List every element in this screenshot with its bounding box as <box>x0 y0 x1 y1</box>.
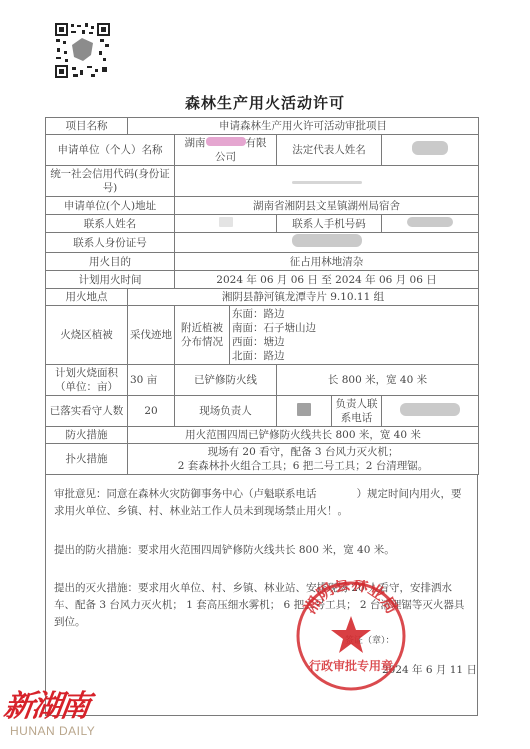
suppression-value: 现场有 20 看守，配备 3 台风力灭火机； 2 套森林扑火组合工具；6 把二号… <box>128 444 479 475</box>
redacted-name <box>412 141 448 155</box>
redacted-id <box>292 234 362 247</box>
legal-rep-label: 法定代表人姓名 <box>277 135 382 166</box>
location-label: 用火地点 <box>46 289 128 306</box>
lead-phone-value <box>382 396 479 427</box>
firebreak-label: 已铲修防火线 <box>175 365 277 396</box>
contact-phone-label: 联系人手机号码 <box>277 215 382 233</box>
svg-text:湘阴县林业局: 湘阴县林业局 <box>300 580 401 617</box>
redacted-code <box>292 181 362 184</box>
address-value: 湖南省湘阴县文星镇湖州局宿舍 <box>175 197 479 215</box>
seal-bottom-text: 行政审批专用章 <box>309 658 393 673</box>
contact-id-label: 联系人身份证号 <box>46 233 175 253</box>
credit-code-value <box>175 166 479 197</box>
approval-opinion: 审批意见：同意在森林火灾防御事务中心（卢魁联系电话 ）规定时间内用火，要求用火单… <box>45 475 478 716</box>
vegetation-type: 采伐迹地 <box>128 306 175 365</box>
redacted-lead <box>297 403 311 416</box>
location-value: 湘阴县静河镇龙潭寺片 9.10.11 组 <box>128 289 479 306</box>
nearby-north: 北面：路边 <box>232 349 476 363</box>
area-value: 30 亩 <box>128 365 175 396</box>
nearby-south: 南面：石子塘山边 <box>232 321 476 335</box>
onsite-lead-value <box>277 396 332 427</box>
nearby-label: 附近植被分布情况 <box>175 306 230 365</box>
purpose-label: 用火目的 <box>46 253 175 271</box>
contact-name-label: 联系人姓名 <box>46 215 175 233</box>
applicant-name-label: 申请单位（个人）名称 <box>46 135 175 166</box>
redacted-contact <box>219 217 233 227</box>
guards-value: 20 <box>128 396 175 427</box>
redacted-phone <box>407 217 453 227</box>
prevention-label: 防火措施 <box>46 427 128 444</box>
official-seal: 湘阴县林业局 行政审批专用章 <box>295 580 407 692</box>
nearby-east: 东面：路边 <box>232 307 476 321</box>
applicant-name-value: 湖南有限 公司 <box>175 135 277 166</box>
document-title: 森林生产用火活动许可 <box>0 92 530 113</box>
contact-phone-value <box>382 215 479 233</box>
approval-text: 审批意见：同意在森林火灾防御事务中心（卢魁联系电话 ）规定时间内用火，要求用火单… <box>54 486 469 520</box>
legal-rep-value <box>382 135 479 166</box>
permit-table: 项目名称 申请森林生产用火许可活动审批项目 申请单位（个人）名称 湖南有限 公司… <box>45 117 479 475</box>
qr-code <box>55 23 110 78</box>
credit-code-label: 统一社会信用代码(身份证号) <box>46 166 175 197</box>
project-name-label: 项目名称 <box>46 118 128 135</box>
purpose-value: 征占用林地清杂 <box>175 253 479 271</box>
vegetation-label: 火烧区植被 <box>46 306 128 365</box>
planned-time-value: 2024 年 06 月 06 日 至 2024 年 06 月 06 日 <box>175 271 479 289</box>
nearby-value: 东面：路边 南面：石子塘山边 西面：塘边 北面：路边 <box>230 306 479 365</box>
lead-phone-label: 负责人联系电话 <box>332 396 382 427</box>
firebreak-value: 长 800 米，宽 40 米 <box>277 365 479 396</box>
guards-label: 已落实看守人数 <box>46 396 128 427</box>
nearby-west: 西面：塘边 <box>232 335 476 349</box>
onsite-lead-label: 现场负责人 <box>175 396 277 427</box>
redacted-lead-phone <box>400 403 460 416</box>
area-label: 计划火烧面积（单位：亩） <box>46 365 128 396</box>
planned-time-label: 计划用火时间 <box>46 271 175 289</box>
contact-name-value <box>175 215 277 233</box>
project-name-value: 申请森林生产用火许可活动审批项目 <box>128 118 479 135</box>
contact-id-value <box>175 233 479 253</box>
watermark-en: HUNAN DAILY <box>10 724 95 738</box>
redacted-company <box>206 137 246 146</box>
watermark-logo: 新湖南 HUNAN DAILY <box>4 690 95 738</box>
suppression-label: 扑火措施 <box>46 444 128 475</box>
prevention-value: 用火范围四周已铲修防火线共长 800 米，宽 40 米 <box>128 427 479 444</box>
address-label: 申请单位(个人)地址 <box>46 197 175 215</box>
prevention-measures: 提出的防火措施：要求用火范围四周铲修防火线共长 800 米，宽 40 米。 <box>54 542 469 559</box>
permit-form: 项目名称 申请森林生产用火许可活动审批项目 申请单位（个人）名称 湖南有限 公司… <box>45 117 478 716</box>
watermark-cn: 新湖南 <box>2 690 98 724</box>
